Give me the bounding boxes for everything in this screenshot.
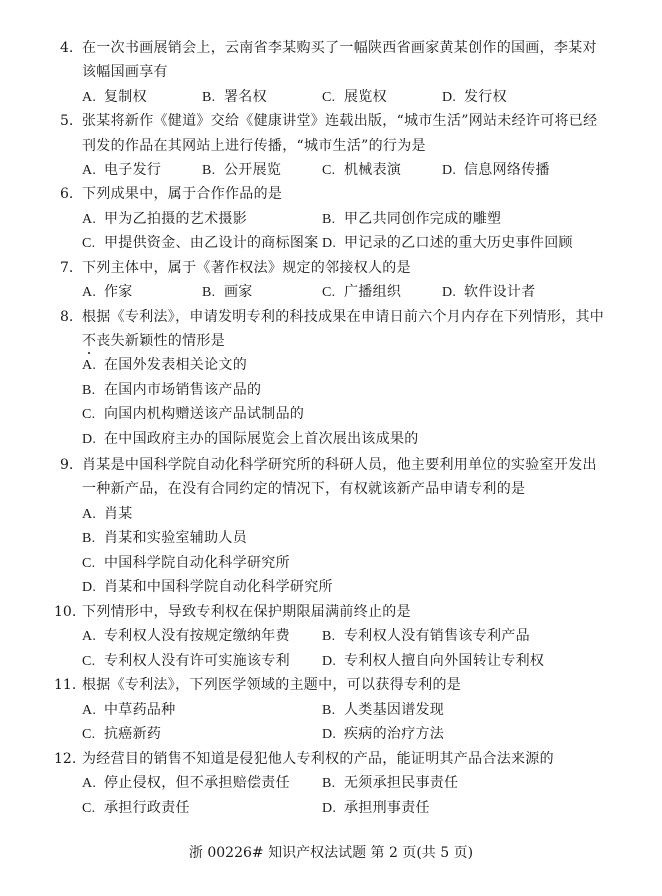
- option-a: A.复制权: [82, 88, 147, 107]
- emphasis-mark: 不: [82, 333, 96, 349]
- option-a: A.作家: [82, 283, 133, 302]
- question-stem: 该幅国画享有: [82, 63, 168, 81]
- exam-page: 4. 在一次书画展销会上，云南省李某购买了一幅陕西省画家黄某创作的国画，李某对 …: [0, 0, 662, 896]
- question-stem: 肖某是中国科学院自动化科学研究所的科研人员，他主要利用单位的实验室开发出: [82, 456, 597, 474]
- option-b: B.肖某和实验室辅助人员: [82, 529, 247, 548]
- question-stem: 下列情形中，导致专利权在保护期限届满前终止的是: [82, 603, 411, 621]
- option-c: C.中国科学院自动化科学研究所: [82, 554, 290, 573]
- question-stem: 下列主体中，属于《著作权法》规定的邻接权人的是: [82, 259, 411, 277]
- option-b: B.人类基因谱发现: [322, 701, 444, 720]
- question-stem: 根据《专利法》，下列医学领域的主题中，可以获得专利的是: [82, 676, 461, 694]
- question-stem: 张某将新作《健道》交给《健康讲堂》连载出版，“城市生活”网站未经许可将已经: [82, 112, 597, 130]
- option-b: B.甲乙共同创作完成的雕塑: [322, 210, 501, 229]
- question-number: 10.: [54, 603, 76, 621]
- option-b: B.署名权: [202, 88, 267, 107]
- option-a: A.在国外发表相关论文的: [82, 356, 247, 375]
- option-a: A.停止侵权，但不承担赔偿责任: [82, 774, 290, 793]
- option-d: D.肖某和中国科学院自动化科学研究所: [82, 578, 333, 597]
- option-c: C.抗癌新药: [82, 725, 161, 744]
- option-d: D.专利权人擅自向外国转让专利权: [322, 652, 544, 671]
- option-c: C.广播组织: [322, 283, 401, 302]
- option-d: D.发行权: [442, 88, 507, 107]
- option-d: D.软件设计者: [442, 283, 536, 302]
- option-c: C.向国内机构赠送该产品试制品的: [82, 405, 304, 424]
- option-c: C.展览权: [322, 88, 387, 107]
- option-d: D.在中国政府主办的国际展览会上首次展出该成果的: [82, 430, 419, 449]
- question-number: 7.: [60, 259, 73, 277]
- question-stem: 在一次书画展销会上，云南省李某购买了一幅陕西省画家黄某创作的国画，李某对: [82, 39, 597, 57]
- option-a: A.中草药品种: [82, 701, 176, 720]
- option-d: D.甲记录的乙口述的重大历史事件回顾: [322, 234, 573, 253]
- question-number: 12.: [54, 750, 76, 768]
- option-c: C.机械表演: [322, 161, 401, 180]
- option-c: C.承担行政责任: [82, 799, 190, 818]
- question-number: 4.: [60, 39, 73, 57]
- option-b: B.无须承担民事责任: [322, 774, 458, 793]
- question-stem: 为经营目的销售不知道是侵犯他人专利权的产品，能证明其产品合法来源的: [82, 750, 554, 768]
- question-number: 8.: [60, 308, 73, 326]
- question-stem: 刊发的作品在其网站上进行传播，“城市生活”的行为是: [82, 137, 426, 155]
- option-d: D.疾病的治疗方法: [322, 725, 444, 744]
- option-b: B.在国内市场销售该产品的: [82, 381, 261, 400]
- option-b: B.专利权人没有销售该专利产品: [322, 627, 530, 646]
- question-stem: 下列成果中，属于合作作品的是: [82, 185, 282, 203]
- question-stem: 根据《专利法》，申请发明专利的科技成果在申请日前六个月内存在下列情形，其中: [82, 308, 604, 326]
- option-d: D.信息网络传播: [442, 161, 550, 180]
- page-footer: 浙 00226# 知识产权法试题 第 2 页(共 5 页): [0, 844, 662, 862]
- option-c: C.甲提供资金、由乙设计的商标图案: [82, 234, 319, 253]
- question-number: 11.: [54, 676, 76, 694]
- option-a: A.电子发行: [82, 161, 161, 180]
- option-b: B.公开展览: [202, 161, 281, 180]
- option-c: C.专利权人没有许可实施该专利: [82, 652, 290, 671]
- question-number: 5.: [60, 112, 73, 130]
- option-b: B.画家: [202, 283, 253, 302]
- option-a: A.肖某: [82, 505, 133, 524]
- question-number: 9.: [60, 456, 73, 474]
- question-number: 6.: [60, 185, 73, 203]
- option-a: A.甲为乙拍摄的艺术摄影: [82, 210, 247, 229]
- question-stem: 一种新产品，在没有合同约定的情况下，有权就该新产品申请专利的是: [82, 480, 525, 498]
- question-stem: 不丧失新颖性的情形是: [82, 332, 225, 350]
- option-d: D.承担刑事责任: [322, 799, 430, 818]
- option-a: A.专利权人没有按规定缴纳年费: [82, 627, 290, 646]
